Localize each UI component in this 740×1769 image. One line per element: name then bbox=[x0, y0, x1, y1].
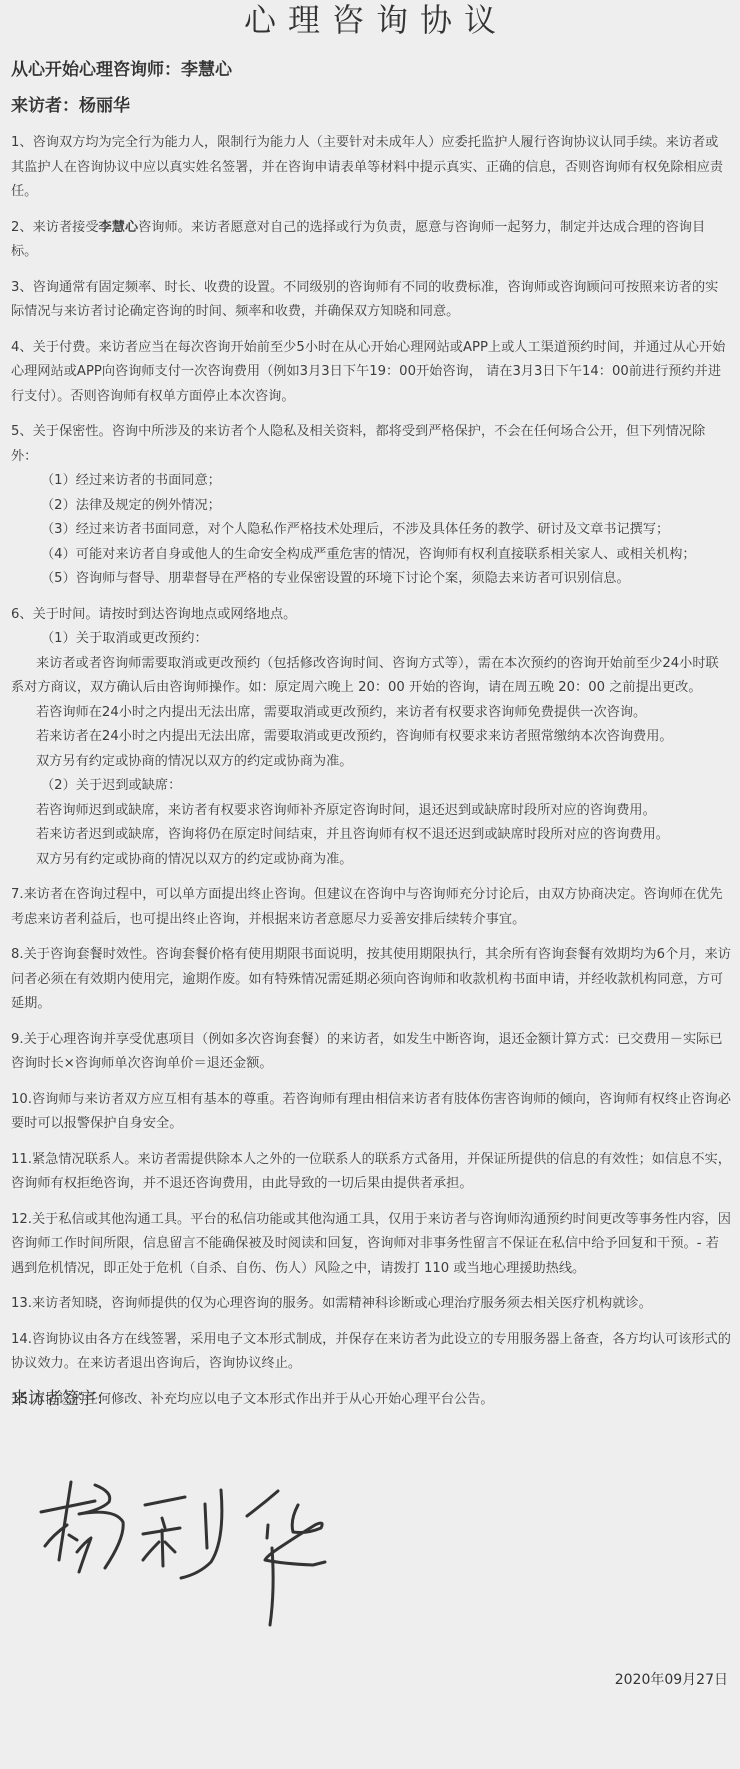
clause-1: 1、咨询双方均为完全行为能力人，限制行为能力人（主要针对未成年人）应委托监护人履… bbox=[11, 131, 731, 205]
counselor-name: 李慧心 bbox=[99, 220, 139, 235]
clause-15: 15.本协议的任何修改、补充均应以电子文本形式作出并于从心开始心理平台公告。 bbox=[11, 1388, 731, 1413]
subsection-heading: （1）关于取消或更改预约： bbox=[11, 627, 731, 652]
clause-prefix: 2、来访者接受 bbox=[11, 220, 99, 235]
clause-text: 10.咨询师与来访者双方应互相有基本的尊重。若咨询师有理由相信来访者有肢体伤害咨… bbox=[11, 1088, 731, 1137]
clause-text: 12.关于私信或其他沟通工具。平台的私信功能或其他沟通工具，仅用于来访者与咨询师… bbox=[11, 1208, 731, 1282]
confidentiality-exception: （5）咨询师与督导、朋辈督导在严格的专业保密设置的环境下讨论个案，须隐去来访者可… bbox=[11, 567, 731, 592]
clause-7: 7.来访者在咨询过程中，可以单方面提出终止咨询。但建议在咨询中与咨询师充分讨论后… bbox=[11, 883, 731, 932]
handwritten-signature bbox=[35, 1480, 335, 1650]
visitor-line: 来访者：杨丽华 bbox=[11, 94, 130, 118]
clause-10: 10.咨询师与来访者双方应互相有基本的尊重。若咨询师有理由相信来访者有肢体伤害咨… bbox=[11, 1088, 731, 1137]
subsection-line: 若来访者在24小时之内提出无法出席，需要取消或更改预约，咨询师有权要求来访者照常… bbox=[11, 725, 731, 750]
clause-9: 9.关于心理咨询并享受优惠项目（例如多次咨询套餐）的来访者，如发生中断咨询，退还… bbox=[11, 1028, 731, 1077]
clause-2: 2、来访者接受李慧心咨询师。来访者愿意对自己的选择或行为负责，愿意与咨询师一起努… bbox=[11, 216, 731, 265]
agreement-clauses: 1、咨询双方均为完全行为能力人，限制行为能力人（主要针对未成年人）应委托监护人履… bbox=[11, 131, 731, 1423]
clause-11: 11.紧急情况联系人。来访者需提供除本人之外的一位联系人的联系方式备用，并保证所… bbox=[11, 1148, 731, 1197]
subsection-line: 双方另有约定或协商的情况以双方的约定或协商为准。 bbox=[11, 750, 731, 775]
signature-date: 2020年09月27日 bbox=[615, 1670, 728, 1690]
clause-14: 14.咨询协议由各方在线签署，采用电子文本形式制成，并保存在来访者为此设立的专用… bbox=[11, 1328, 731, 1377]
confidentiality-exception: （2）法律及规定的例外情况； bbox=[11, 494, 731, 519]
clause-5: 5、关于保密性。咨询中所涉及的来访者个人隐私及相关资料，都将受到严格保护，不会在… bbox=[11, 420, 731, 592]
confidentiality-exception: （4）可能对来访者自身或他人的生命安全构成严重危害的情况，咨询师有权利直接联系相… bbox=[11, 543, 731, 568]
subsection-line: 若咨询师迟到或缺席，来访者有权要求咨询师补齐原定咨询时间，退还迟到或缺席时段所对… bbox=[11, 799, 731, 824]
clause-6: 6、关于时间。请按时到达咨询地点或网络地点。 （1）关于取消或更改预约： 来访者… bbox=[11, 603, 731, 873]
clause-text: 15.本协议的任何修改、补充均应以电子文本形式作出并于从心开始心理平台公告。 bbox=[11, 1388, 731, 1413]
clause-text: 1、咨询双方均为完全行为能力人，限制行为能力人（主要针对未成年人）应委托监护人履… bbox=[11, 131, 731, 205]
clause-text: 9.关于心理咨询并享受优惠项目（例如多次咨询套餐）的来访者，如发生中断咨询，退还… bbox=[11, 1028, 731, 1077]
clause-intro: 6、关于时间。请按时到达咨询地点或网络地点。 bbox=[11, 603, 731, 628]
clause-text: 2、来访者接受李慧心咨询师。来访者愿意对自己的选择或行为负责，愿意与咨询师一起努… bbox=[11, 216, 731, 265]
subsection-line: 双方另有约定或协商的情况以双方的约定或协商为准。 bbox=[11, 848, 731, 873]
subsection-line: 若来访者迟到或缺席，咨询将仍在原定时间结束，并且咨询师有权不退还迟到或缺席时段所… bbox=[11, 823, 731, 848]
clause-3: 3、咨询通常有固定频率、时长、收费的设置。不同级别的咨询师有不同的收费标准，咨询… bbox=[11, 276, 731, 325]
counselor-line: 从心开始心理咨询师：李慧心 bbox=[11, 58, 232, 82]
confidentiality-exception: （3）经过来访者书面同意，对个人隐私作严格技术处理后，不涉及具体任务的教学、研讨… bbox=[11, 518, 731, 543]
clause-text: 4、关于付费。来访者应当在每次咨询开始前至少5小时在从心开始心理网站或APP上或… bbox=[11, 336, 731, 410]
clause-text: 3、咨询通常有固定频率、时长、收费的设置。不同级别的咨询师有不同的收费标准，咨询… bbox=[11, 276, 731, 325]
clause-text: 13.来访者知晓，咨询师提供的仅为心理咨询的服务。如需精神科诊断或心理治疗服务须… bbox=[11, 1292, 731, 1317]
clause-text: 11.紧急情况联系人。来访者需提供除本人之外的一位联系人的联系方式备用，并保证所… bbox=[11, 1148, 731, 1197]
subsection-heading: （2）关于迟到或缺席： bbox=[11, 774, 731, 799]
clause-8: 8.关于咨询套餐时效性。咨询套餐价格有使用期限书面说明，按其使用期限执行，其余所… bbox=[11, 943, 731, 1017]
clause-intro: 5、关于保密性。咨询中所涉及的来访者个人隐私及相关资料，都将受到严格保护，不会在… bbox=[11, 420, 731, 469]
clause-4: 4、关于付费。来访者应当在每次咨询开始前至少5小时在从心开始心理网站或APP上或… bbox=[11, 336, 731, 410]
signature-label: 来访者签字： bbox=[11, 1387, 113, 1411]
clause-text: 14.咨询协议由各方在线签署，采用电子文本形式制成，并保存在来访者为此设立的专用… bbox=[11, 1328, 731, 1377]
subsection-line: 若咨询师在24小时之内提出无法出席，需要取消或更改预约，来访者有权要求咨询师免费… bbox=[11, 701, 731, 726]
confidentiality-exception: （1）经过来访者的书面同意； bbox=[11, 469, 731, 494]
subsection-paragraph: 来访者或者咨询师需要取消或更改预约（包括修改咨询时间、咨询方式等），需在本次预约… bbox=[11, 652, 731, 701]
clause-text: 8.关于咨询套餐时效性。咨询套餐价格有使用期限书面说明，按其使用期限执行，其余所… bbox=[11, 943, 731, 1017]
clause-text: 7.来访者在咨询过程中，可以单方面提出终止咨询。但建议在咨询中与咨询师充分讨论后… bbox=[11, 883, 731, 932]
clause-12: 12.关于私信或其他沟通工具。平台的私信功能或其他沟通工具，仅用于来访者与咨询师… bbox=[11, 1208, 731, 1282]
clause-13: 13.来访者知晓，咨询师提供的仅为心理咨询的服务。如需精神科诊断或心理治疗服务须… bbox=[11, 1292, 731, 1317]
document-title: 心理咨询协议 bbox=[0, 0, 740, 40]
